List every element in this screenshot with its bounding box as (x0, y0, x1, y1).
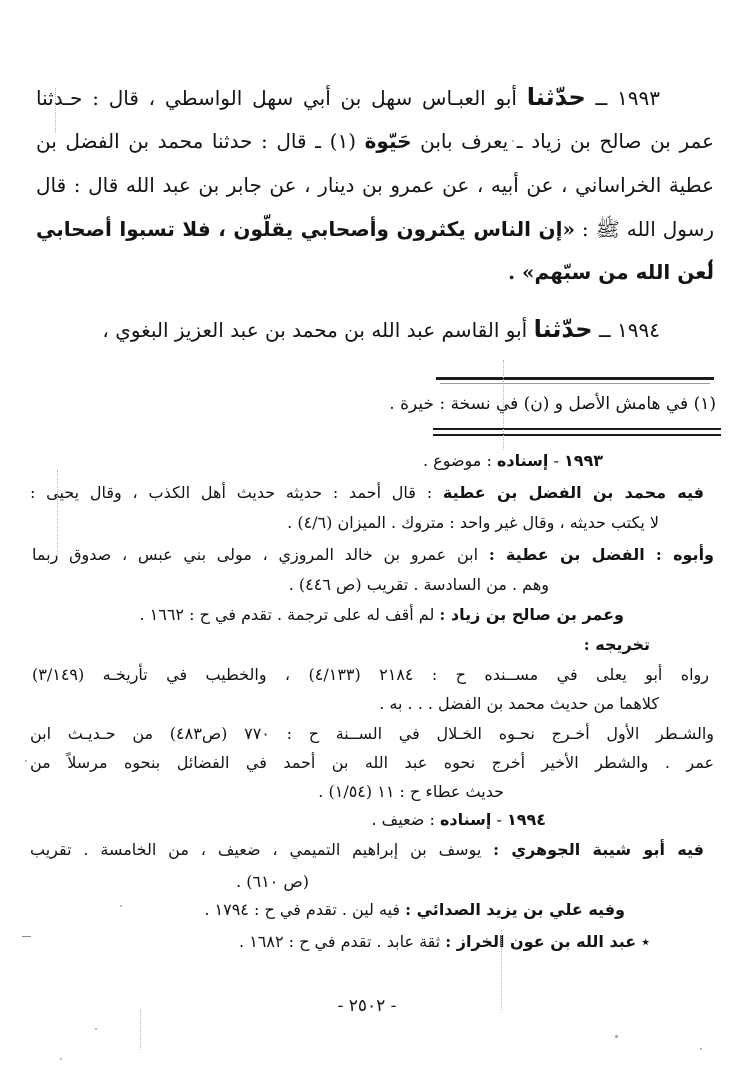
hadith-1993-line-2: عمر بن صالح بن زياد ـ يعرف بابن حَيّوة (… (36, 126, 714, 156)
hadith-1993-line-3-text: عطية الخراساني ، عن أبيه ، عن عمرو بن دي… (36, 173, 714, 197)
footnote-bottom-double-line (433, 428, 721, 436)
commentary-1994-p2-name: وفيه علي بن يزيد الصدائي : (405, 900, 625, 919)
takhrij-line-1-text: رواه أبو يعلى في مســنده ح : ٢١٨٤ (٤/١٣٣… (32, 665, 709, 684)
commentary-1993-p2-name: وأبوه : الفضل بن عطية : (489, 545, 714, 564)
commentary-1993-p2-line-2: وهم . من السادسة . تقريب (ص ٤٤٦) . (289, 573, 549, 596)
commentary-1993-p1-line-1: فيه محمد بن الفضل بن عطية : قال أحمد : ح… (30, 481, 704, 504)
commentary-1993-p2-line-1: وأبوه : الفضل بن عطية : ابن عمرو بن خالد… (32, 543, 714, 566)
commentary-1994-p1-name: فيه أبو شيبة الجوهري : (493, 840, 704, 859)
commentary-1994-header: ١٩٩٤ - إسناده : ضعيف . (372, 808, 547, 831)
commentary-1993-header: ١٩٩٣ - إسناده : موضوع . (423, 449, 603, 472)
pbuh-honorific-icon: ﷺ (596, 217, 620, 241)
footnote-separator-echo (440, 383, 710, 384)
commentary-1993-p1-line-2-text: لا يكتب حديثه ، وقال غير واحد : متروك . … (287, 513, 659, 532)
page-number-text: - ٢٥٠٢ - (338, 996, 397, 1016)
scan-artifact-dotted-line (501, 930, 502, 1010)
takhrij-heading-text: تخريجه : (584, 635, 650, 654)
commentary-1994-p1-line-2-text: (ص ٦١٠) . (236, 872, 309, 891)
hadith-1993-line-5: لعن الله من سبّهم» . (508, 257, 714, 287)
commentary-1994-p2-text: فيه لين . تقدم في ح : ١٧٩٤ . (204, 900, 405, 919)
commentary-1993-p2-line-2-text: وهم . من السادسة . تقريب (ص ٤٤٦) . (289, 575, 549, 594)
hadith-1994-line-1: ١٩٩٤ ــ حدّثنا أبو القاسم عبد الله بن مح… (102, 314, 660, 345)
commentary-1994-p3-text: ثقة عابد . تقدم في ح : ١٦٨٢ . (239, 932, 445, 951)
footnote-1-text: (١) في هامش الأصل و (ن) في نسخة : خيرة . (389, 394, 716, 414)
hadith-1993-opening-word: حدّثنا (527, 82, 586, 111)
scan-speck (700, 1048, 702, 1050)
hadith-1993-narrator-name: حَيّوة (365, 129, 412, 153)
commentary-1993-p1-text: : قال أحمد : حديثه حديث أهل الكذب ، وقال… (30, 483, 443, 502)
commentary-1993-p1-name: فيه محمد بن الفضل بن عطية (443, 483, 704, 502)
commentary-1994-verdict: : ضعيف . (372, 810, 440, 829)
footnote-1: (١) في هامش الأصل و (ن) في نسخة : خيرة . (389, 392, 716, 416)
commentary-1994-isnad-label: إسناده (440, 810, 491, 829)
commentary-1993-number: ١٩٩٣ (564, 451, 603, 470)
scan-speck (120, 905, 122, 907)
commentary-1994-p3: ٭ عبد الله بن عون الخراز : ثقة عابد . تق… (239, 930, 650, 953)
commentary-1994-p1-line-2: (ص ٦١٠) . (236, 870, 309, 893)
hadith-1993-line-2-text-a: عمر بن صالح بن زياد ـ يعرف بابن (412, 129, 714, 153)
commentary-1994-p2: وفيه علي بن يزيد الصدائي : فيه لين . تقد… (204, 898, 625, 921)
takhrij-line-4-text: عمر . والشطر الأخير أخرج نحوه عبد الله ب… (30, 753, 714, 772)
commentary-1994-number: ١٩٩٤ (507, 810, 546, 829)
commentary-1993-p3-name: وعمر بن صالح بن زياد : (439, 605, 624, 624)
scan-artifact-mark (22, 936, 31, 937)
footnote-separator-line (436, 377, 714, 380)
takhrij-line-2: كلاهما من حديث محمد بن الفضل . . . به . (379, 692, 659, 715)
hadith-1994-opening-word: حدّثنا (534, 314, 593, 343)
scan-speck (60, 1058, 62, 1060)
commentary-1993-p2-text: ابن عمرو بن خالد المروزي ، مولى بني عبس … (32, 545, 489, 564)
hadith-1993-line-2-text-b: (١) ـ قال : حدثنا محمد بن الفضل بن (36, 129, 365, 153)
scan-artifact-dotted-line (55, 88, 56, 133)
hadith-1993-line-3: عطية الخراساني ، عن أبيه ، عن عمرو بن دي… (36, 170, 714, 200)
scan-artifact-dotted-line (57, 470, 58, 560)
takhrij-line-2-text: كلاهما من حديث محمد بن الفضل . . . به . (379, 694, 659, 713)
takhrij-line-5-text: حديث عطاء ح : ١١ (١/٥٤) . (318, 782, 504, 801)
hadith-1993-matn-part-2: لعن الله من سبّهم» . (508, 260, 714, 284)
commentary-1993-verdict: : موضوع . (423, 451, 497, 470)
hadith-1993-number: ١٩٩٣ ــ (586, 86, 660, 110)
scan-artifact-dotted-line (503, 360, 504, 450)
scanned-book-page: ١٩٩٣ ــ حدّثنا أبو العبـاس سهل بن أبي سه… (0, 0, 734, 1085)
takhrij-heading: تخريجه : (584, 633, 650, 656)
takhrij-line-5: حديث عطاء ح : ١١ (١/٥٤) . (318, 780, 504, 803)
commentary-1994-p3-name: عبد الله بن عون الخراز : (445, 932, 636, 951)
hadith-1993-line-4-sep: : (575, 217, 596, 241)
scan-speck (615, 1035, 618, 1038)
hadith-1993-line-1: ١٩٩٣ ــ حدّثنا أبو العبـاس سهل بن أبي سه… (36, 82, 660, 113)
takhrij-line-4: عمر . والشطر الأخير أخرج نحوه عبد الله ب… (30, 751, 714, 774)
hadith-1994-line-1-text: أبو القاسم عبد الله بن محمد بن عبد العزي… (102, 318, 533, 342)
takhrij-line-3: والشـطر الأول أخـرج نحـوه الخـلال في الس… (30, 722, 714, 745)
scan-artifact-dotted-line (140, 1010, 141, 1050)
hadith-1994-number: ١٩٩٤ ــ (593, 318, 660, 342)
star-marker-icon: ٭ (636, 932, 650, 951)
scan-speck (512, 140, 514, 142)
commentary-1993-p3-text: لم أقف له على ترجمة . تقدم في ح : ١٦٦٢ . (139, 605, 439, 624)
page-number: - ٢٥٠٢ - (0, 996, 734, 1016)
hadith-1993-line-1-text: أبو العبـاس سهل بن أبي سهل الواسطي ، قال… (36, 86, 527, 110)
scan-speck (95, 1028, 97, 1030)
commentary-1993-dash: - (548, 451, 564, 470)
scan-speck (25, 760, 27, 762)
commentary-1993-isnad-label: إسناده (497, 451, 548, 470)
commentary-1994-p1-line-1: فيه أبو شيبة الجوهري : يوسف بن إبراهيم ا… (30, 838, 704, 861)
commentary-1993-p3: وعمر بن صالح بن زياد : لم أقف له على ترج… (139, 603, 624, 626)
hadith-1993-line-4-intro: رسول الله (620, 217, 714, 241)
commentary-1993-p1-line-2: لا يكتب حديثه ، وقال غير واحد : متروك . … (287, 511, 659, 534)
commentary-1994-dash: - (491, 810, 507, 829)
takhrij-line-1: رواه أبو يعلى في مســنده ح : ٢١٨٤ (٤/١٣٣… (32, 663, 709, 686)
takhrij-line-3-text: والشـطر الأول أخـرج نحـوه الخـلال في الس… (30, 724, 714, 743)
commentary-1994-p1-text: يوسف بن إبراهيم التميمي ، ضعيف ، من الخا… (30, 840, 493, 859)
